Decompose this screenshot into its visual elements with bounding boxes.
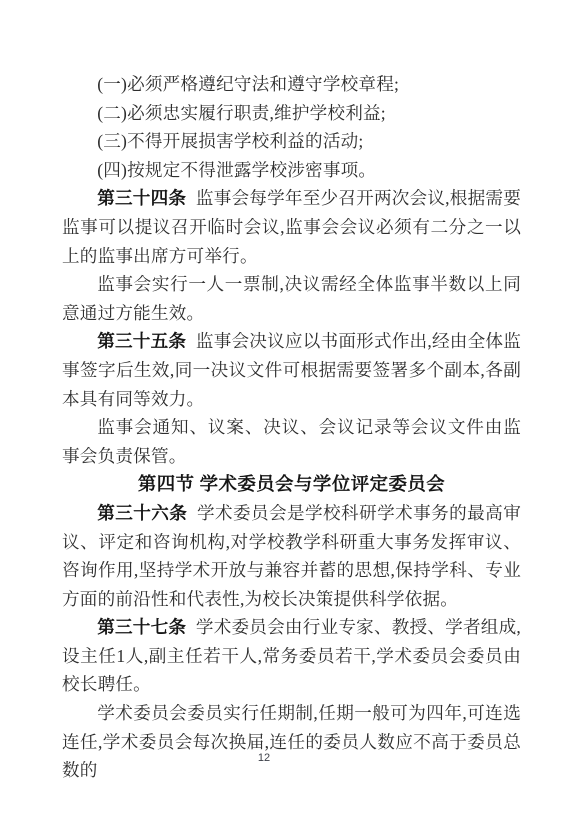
paragraph: (三)不得开展损害学校利益的活动; [62, 127, 521, 156]
paragraph: 监事会实行一人一票制,决议需经全体监事半数以上同意通过方能生效。 [62, 270, 521, 327]
article-number: 第三十七条 [97, 617, 186, 637]
article-number: 第三十四条 [97, 188, 186, 208]
document-body: (一)必须严格遵纪守法和遵守学校章程;(二)必须忠实履行职责,维护学校利益;(三… [62, 70, 521, 785]
paragraph: 第三十四条监事会每学年至少召开两次会议,根据需要监事可以提议召开临时会议,监事会… [62, 184, 521, 270]
paragraph: 第三十六条学术委员会是学校科研学术事务的最高审议、评定和咨询机构,对学校教学科研… [62, 499, 521, 613]
page-number: 12 [0, 752, 528, 764]
paragraph: 第三十五条监事会决议应以书面形式作出,经由全体监事签字后生效,同一决议文件可根据… [62, 327, 521, 413]
article-number: 第三十六条 [97, 503, 187, 523]
paragraph: (四)按规定不得泄露学校涉密事项。 [62, 156, 521, 185]
section-heading: 第四节 学术委员会与学位评定委员会 [62, 470, 521, 499]
paragraph: (一)必须严格遵纪守法和遵守学校章程; [62, 70, 521, 99]
paragraph: 学术委员会委员实行任期制,任期一般可为四年,可连选连任,学术委员会每次换届,连任… [62, 699, 521, 785]
paragraph: 监事会通知、议案、决议、会议记录等会议文件由监事会负责保管。 [62, 413, 521, 470]
article-number: 第三十五条 [97, 331, 186, 351]
paragraph: 第三十七条学术委员会由行业专家、教授、学者组成,设主任1人,副主任若干人,常务委… [62, 613, 521, 699]
document-page: (一)必须严格遵纪守法和遵守学校章程;(二)必须忠实履行职责,维护学校利益;(三… [0, 0, 578, 824]
paragraph: (二)必须忠实履行职责,维护学校利益; [62, 99, 521, 128]
